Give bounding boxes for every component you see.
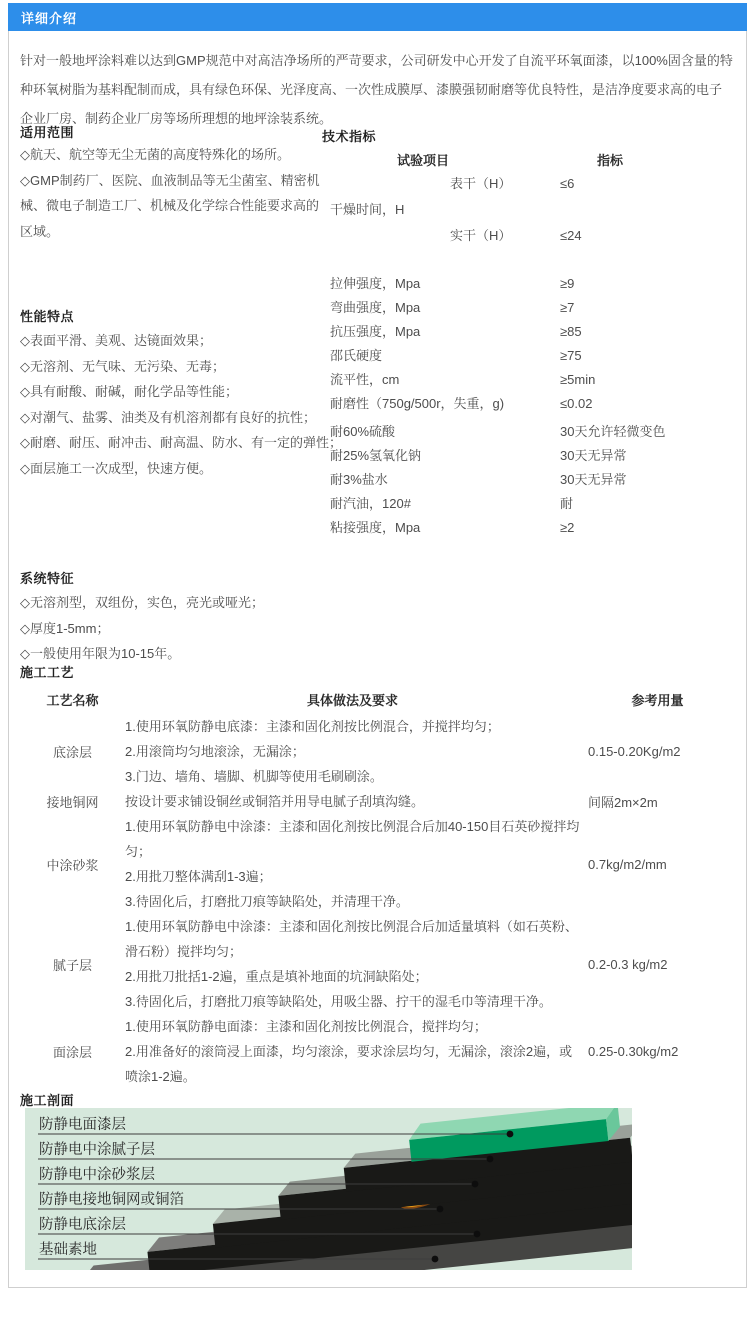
scope-title: 适用范围 <box>20 122 74 141</box>
spec-value: 30天无异常 <box>560 468 626 492</box>
layer-label: 防静电面漆层 <box>39 1115 126 1133</box>
profile-title: 施工剖面 <box>20 1090 74 1109</box>
spec-item: 粘接强度，Mpa <box>330 520 420 535</box>
spec-item: 表干（H） <box>450 172 511 196</box>
feature-item: ◇具有耐酸、耐碱，耐化学品等性能； <box>20 379 365 405</box>
specs-title: 技术指标 <box>322 126 376 145</box>
specs-table: 试验项目 指标 表干（H） ≤6 干燥时间，H 实干（H） ≤24 拉伸强度，M… <box>330 148 742 548</box>
layer-label: 防静电中涂砂浆层 <box>39 1165 155 1183</box>
spec-value: 30天无异常 <box>560 444 626 468</box>
process-step: 2.用滚筒均匀地滚涂，无漏涂； <box>125 739 580 764</box>
process-steps: 1.使用环氧防静电面漆：主漆和固化剂按比例混合，搅拌均匀； 2.用准备好的滚筒浸… <box>125 1014 580 1089</box>
process-step: 1.使用环氧防静电中涂漆：主漆和固化剂按比例混合后加40-150目石英砂搅拌均匀… <box>125 814 580 864</box>
profile-diagram: 防静电面漆层 防静电中涂腻子层 防静电中涂砂浆层 防静电接地铜网或铜箔 防静电底… <box>25 1108 632 1270</box>
system-item: ◇厚度1-5mm； <box>20 616 365 642</box>
specs-col-value: 指标 <box>597 150 623 169</box>
feature-item: ◇面层施工一次成型，快速方便。 <box>20 456 365 482</box>
feature-item: ◇耐磨、耐压、耐冲击、耐高温、防水、有一定的弹性； <box>20 430 365 456</box>
process-name: 面涂层 <box>20 1014 125 1089</box>
spec-value: ≥2 <box>560 516 574 540</box>
spec-value: ≥7 <box>560 296 574 320</box>
spec-row: 表干（H） ≤6 <box>330 172 740 196</box>
spec-value: 耐 <box>560 492 573 516</box>
system-item: ◇无溶剂型，双组份，实色，亮光或哑光； <box>20 590 365 616</box>
process-usage: 0.15-0.20Kg/m2 <box>580 714 735 789</box>
spec-value: ≥85 <box>560 320 582 344</box>
feature-item: ◇无溶剂、无气味、无污染、无毒； <box>20 354 365 380</box>
spec-row: 弯曲强度，Mpa≥7 <box>330 296 740 320</box>
process-row: 腻子层 1.使用环氧防静电中涂漆：主漆和固化剂按比例混合后加适量填料（如石英粉、… <box>20 914 735 1014</box>
process-table: 工艺名称 具体做法及要求 参考用量 底涂层 1.使用环氧防静电底漆：主漆和固化剂… <box>20 688 735 1089</box>
system-title: 系统特征 <box>20 568 74 587</box>
spec-row: 耐3%盐水30天无异常 <box>330 468 740 492</box>
process-step: 3.待固化后，打磨批刀痕等缺陷处，并清理干净。 <box>125 889 580 914</box>
spec-item: 实干（H） <box>450 224 511 248</box>
spec-row: 实干（H） ≤24 <box>330 224 740 248</box>
process-usage: 0.7kg/m2/mm <box>580 814 735 914</box>
process-step: 1.使用环氧防静电底漆：主漆和固化剂按比例混合，并搅拌均匀； <box>125 714 580 739</box>
process-step: 2.用批刀批括1-2遍，重点是填补地面的坑洞缺陷处； <box>125 964 580 989</box>
product-detail-page: 详细介绍 针对一般地坪涂料难以达到GMP规范中对高洁净场所的严苛要求，公司研发中… <box>0 0 755 1319</box>
process-col-name: 工艺名称 <box>20 688 125 714</box>
section-title-bar: 详细介绍 <box>8 3 747 31</box>
spec-value: ≥75 <box>560 344 582 368</box>
scope-item: ◇GMP制药厂、医院、血液制品等无尘菌室、精密机械、微电子制造工厂、机械及化学综… <box>20 168 322 245</box>
system-list: ◇无溶剂型，双组份，实色，亮光或哑光； ◇厚度1-5mm； ◇一般使用年限为10… <box>20 590 365 667</box>
process-row: 中涂砂浆 1.使用环氧防静电中涂漆：主漆和固化剂按比例混合后加40-150目石英… <box>20 814 735 914</box>
spec-row: 耐汽油，120#耐 <box>330 492 740 516</box>
process-row: 底涂层 1.使用环氧防静电底漆：主漆和固化剂按比例混合，并搅拌均匀； 2.用滚筒… <box>20 714 735 789</box>
spec-row: 拉伸强度，Mpa≥9 <box>330 272 740 296</box>
process-name: 接地铜网 <box>20 789 125 814</box>
process-steps: 1.使用环氧防静电中涂漆：主漆和固化剂按比例混合后加40-150目石英砂搅拌均匀… <box>125 814 580 914</box>
spec-row: 耐60%硫酸30天允许轻微变色 <box>330 420 740 444</box>
process-steps: 1.使用环氧防静电中涂漆：主漆和固化剂按比例混合后加适量填料（如石英粉、滑石粉）… <box>125 914 580 1014</box>
process-step: 2.用准备好的滚筒浸上面漆，均匀滚涂，要求涂层均匀，无漏涂，滚涂2遍，或喷涂1-… <box>125 1039 580 1089</box>
process-step: 3.待固化后，打磨批刀痕等缺陷处，用吸尘器、拧干的湿毛巾等清理干净。 <box>125 989 580 1014</box>
process-name: 腻子层 <box>20 914 125 1014</box>
spec-value: ≤0.02 <box>560 392 592 416</box>
process-step: 1.使用环氧防静电面漆：主漆和固化剂按比例混合，搅拌均匀； <box>125 1014 580 1039</box>
process-table-header: 工艺名称 具体做法及要求 参考用量 <box>20 688 735 714</box>
process-step: 按设计要求铺设铜丝或铜箔并用导电腻子刮填沟缝。 <box>125 789 580 814</box>
features-title: 性能特点 <box>20 306 74 325</box>
spec-row: 耐25%氢氧化钠30天无异常 <box>330 444 740 468</box>
spec-value: ≥5min <box>560 368 595 392</box>
scope-list: ◇航天、航空等无尘无菌的高度特殊化的场所。 ◇GMP制药厂、医院、血液制品等无尘… <box>20 142 322 244</box>
process-col-desc: 具体做法及要求 <box>125 688 580 714</box>
layer-diagram-graphic: 防静电面漆层 防静电中涂腻子层 防静电中涂砂浆层 防静电接地铜网或铜箔 防静电底… <box>25 1108 632 1270</box>
spec-row: 耐磨性（750g/500r，失重，g)≤0.02 <box>330 392 740 416</box>
feature-item: ◇对潮气、盐雾、油类及有机溶剂都有良好的抗性； <box>20 405 365 431</box>
spec-item: 弯曲强度，Mpa <box>330 300 420 315</box>
spec-value: ≥9 <box>560 272 574 296</box>
intro-paragraph: 针对一般地坪涂料难以达到GMP规范中对高洁净场所的严苛要求，公司研发中心开发了自… <box>20 46 734 133</box>
process-step: 2.用批刀整体满刮1-3遍； <box>125 864 580 889</box>
process-usage: 0.25-0.30kg/m2 <box>580 1014 735 1089</box>
spec-value: ≤6 <box>560 172 574 196</box>
layer-label: 基础素地 <box>39 1240 97 1258</box>
layer-label: 防静电接地铜网或铜箔 <box>39 1190 184 1208</box>
process-name: 底涂层 <box>20 714 125 789</box>
process-steps: 1.使用环氧防静电底漆：主漆和固化剂按比例混合，并搅拌均匀； 2.用滚筒均匀地滚… <box>125 714 580 789</box>
layer-label: 防静电底涂层 <box>39 1215 126 1233</box>
spec-item: 拉伸强度，Mpa <box>330 276 420 291</box>
scope-item: ◇航天、航空等无尘无菌的高度特殊化的场所。 <box>20 142 322 168</box>
spec-value: 30天允许轻微变色 <box>560 420 665 444</box>
process-col-usage: 参考用量 <box>580 688 735 714</box>
process-step: 1.使用环氧防静电中涂漆：主漆和固化剂按比例混合后加适量填料（如石英粉、滑石粉）… <box>125 914 580 964</box>
page-title: 详细介绍 <box>21 8 77 27</box>
process-steps: 按设计要求铺设铜丝或铜箔并用导电腻子刮填沟缝。 <box>125 789 580 814</box>
spec-row: 邵氏硬度≥75 <box>330 344 740 368</box>
process-row: 面涂层 1.使用环氧防静电面漆：主漆和固化剂按比例混合，搅拌均匀； 2.用准备好… <box>20 1014 735 1089</box>
process-title: 施工工艺 <box>20 662 74 681</box>
specs-col-item: 试验项目 <box>397 150 449 169</box>
spec-row: 抗压强度，Mpa≥85 <box>330 320 740 344</box>
process-step: 3.门边、墙角、墙脚、机脚等使用毛刷刷涂。 <box>125 764 580 789</box>
features-list: ◇表面平滑、美观、达镜面效果； ◇无溶剂、无气味、无污染、无毒； ◇具有耐酸、耐… <box>20 328 365 481</box>
process-usage: 间隔2m×2m <box>580 789 735 814</box>
layer-label: 防静电中涂腻子层 <box>39 1140 155 1158</box>
spec-group-label: 干燥时间，H <box>330 202 404 217</box>
spec-row: 粘接强度，Mpa≥2 <box>330 516 740 540</box>
spec-value: ≤24 <box>560 224 582 248</box>
feature-item: ◇表面平滑、美观、达镜面效果； <box>20 328 365 354</box>
spec-row: 干燥时间，H <box>330 198 740 222</box>
spec-item: 耐汽油，120# <box>330 496 411 511</box>
process-name: 中涂砂浆 <box>20 814 125 914</box>
process-row: 接地铜网 按设计要求铺设铜丝或铜箔并用导电腻子刮填沟缝。 间隔2m×2m <box>20 789 735 814</box>
process-usage: 0.2-0.3 kg/m2 <box>580 914 735 1014</box>
spec-row: 流平性，cm≥5min <box>330 368 740 392</box>
